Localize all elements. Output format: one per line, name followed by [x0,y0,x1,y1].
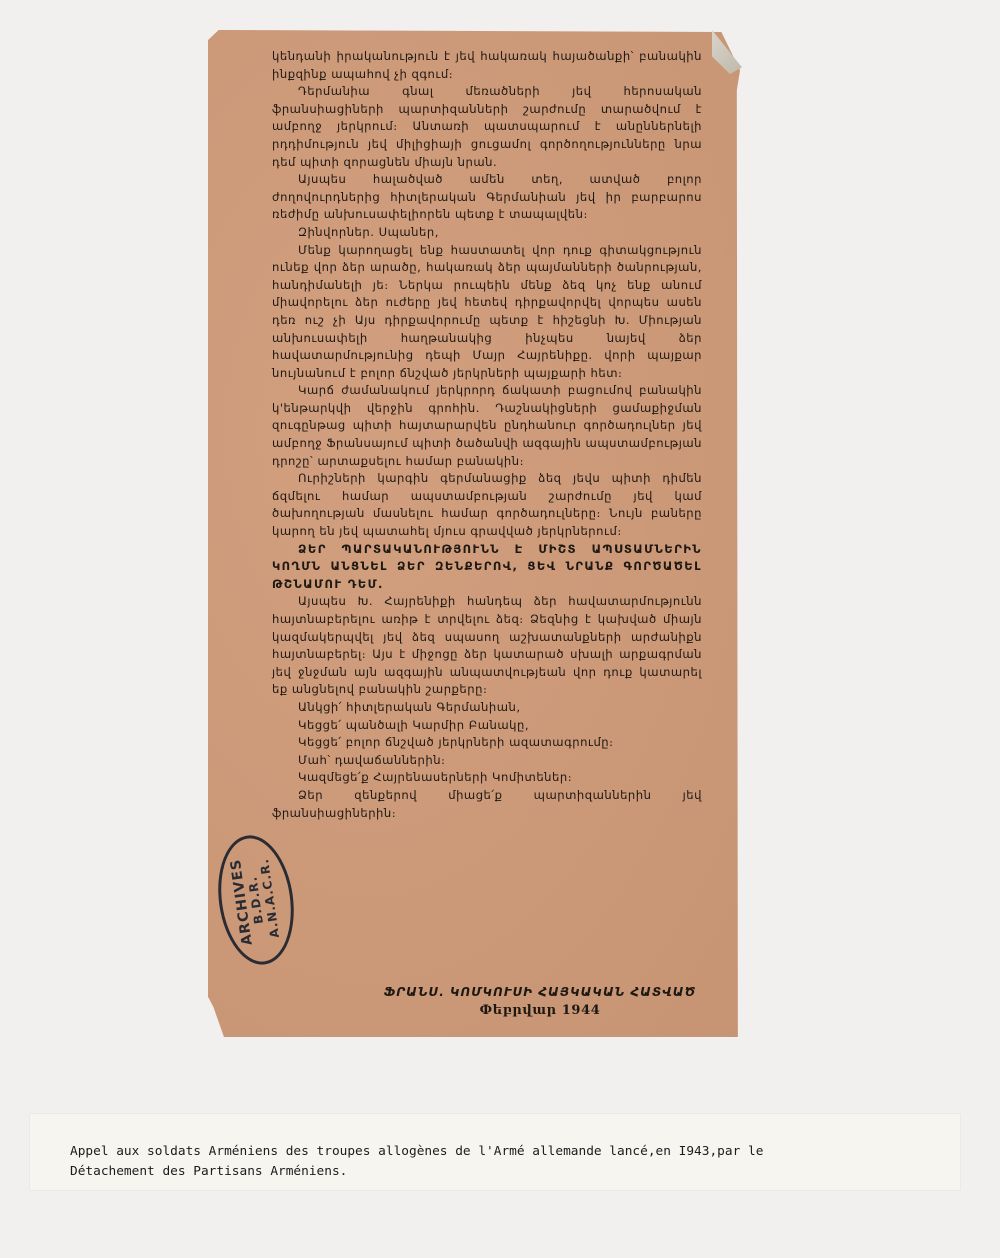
paragraph: Մենք կարողացել ենք հաստատել վոր դուք գիտ… [272,242,702,383]
caption-line: Détachement des Partisans Arméniens. [70,1162,930,1182]
capitalized-appeal: ՁԵՐ ՊԱՐՏԱԿԱՆՈՒԹՅՈՒՆՆ Է ՄԻՇՏ ԱՊՍՏԱՄՆԵՐԻՆ … [272,541,702,594]
slogan: Անկցի՛ հիտլերական Գերմանիան, [272,699,702,717]
paragraph: Կարճ ժամանակում յերկրորդ ճակատի բացումով… [272,382,702,470]
paragraph: Ուրիշների կարգին գերմանացիք ձեզ յեվս պիտ… [272,470,702,540]
slogan: Կեցցե՛ պանծալի Կարմիր Բանակը, [272,717,702,735]
paragraph: Այսպես հալածված ամեն տեղ, ատված բոլոր ժո… [272,171,702,224]
slogan: Մահ՝ դավաճաններին։ [272,752,702,770]
paragraph: Դերմանիա գնալ մեռածների յեվ հերոսական ֆր… [272,83,702,171]
salutation: Զինվորներ. Սպաներ, [272,224,702,242]
paragraph: Այսպես Խ. Հայրենիքի հանդեպ ձեր հավատարմո… [272,593,702,699]
paragraph: Ձեր զենքերով միացե՛ք պարտիզաններին յեվ ֆ… [272,787,702,822]
date: Փեբրվար 1944 [380,1003,700,1018]
leaflet-body-text: կենդանի իրականություն է յեվ հակառակ հայա… [272,48,702,822]
slogan: Կազմեցե՛ք Հայրենասերների Կոմիտեներ։ [272,769,702,787]
caption-line: Appel aux soldats Arméniens des troupes … [70,1142,930,1162]
caption-label: Appel aux soldats Arméniens des troupes … [30,1114,960,1190]
caption-text: Appel aux soldats Arméniens des troupes … [70,1142,930,1182]
slogan: Կեցցե՛ բոլոր ճնշված յերկրների ազատագրում… [272,734,702,752]
paragraph: կենդանի իրականություն է յեվ հակառակ հայա… [272,48,702,83]
signature: ՖՐԱՆՍ. ԿՈՄԿՈՒՍԻ ՀԱՅԿԱԿԱՆ ՀԱՏՎԱԾ [380,985,700,999]
